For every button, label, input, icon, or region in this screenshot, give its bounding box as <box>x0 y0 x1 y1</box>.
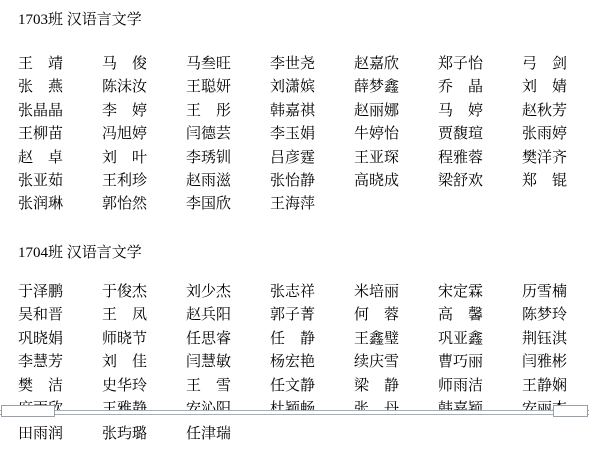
name-row: 张润琳郭怡然李国欣王海萍 <box>18 196 589 219</box>
student-name: 赵秋芳 <box>522 103 589 126</box>
student-name: 王海萍 <box>270 196 354 219</box>
student-name: 弓 剑 <box>522 56 589 79</box>
student-name: 郭怡然 <box>102 196 186 219</box>
student-name: 巩亚鑫 <box>438 331 522 354</box>
student-name: 李世尧 <box>270 56 354 79</box>
section-title-1703: 1703班 汉语言文学 <box>18 13 142 28</box>
name-row: 王 靖马 俊马叁旺李世尧赵嘉欣郑子怡弓 剑 <box>18 56 589 79</box>
student-name: 郭子菁 <box>270 307 354 330</box>
page-break-divider-line <box>0 410 589 415</box>
student-name: 闫德芸 <box>186 126 270 149</box>
student-name: 张雨婷 <box>522 126 589 149</box>
student-name: 荆钰淇 <box>522 331 589 354</box>
student-name: 李玉娟 <box>270 126 354 149</box>
student-name: 王亚琛 <box>354 150 438 173</box>
student-name: 赵 卓 <box>18 150 102 173</box>
student-name: 于俊杰 <box>102 284 186 307</box>
name-row: 赵 卓刘 叶李琇钏吕彦霆王亚琛程雅蓉樊洋齐 <box>18 150 589 173</box>
student-name: 高 馨 <box>438 307 522 330</box>
student-name: 赵嘉欣 <box>354 56 438 79</box>
name-row: 李慧芳刘 佳闫慧敏杨宏艳续庆雪曹巧丽闫雅彬 <box>18 354 589 377</box>
name-row: 张 燕陈沫汝王聪妍刘潇嫔薛梦鑫乔 晶刘 婧 <box>18 79 589 102</box>
student-name: 曹巧丽 <box>438 354 522 377</box>
student-name: 薛梦鑫 <box>354 79 438 102</box>
student-name: 宋定霖 <box>438 284 522 307</box>
name-row: 樊 洁史华玲王 雪任文静梁 静师雨洁王静娴 <box>18 378 589 401</box>
student-name: 马 婷 <box>438 103 522 126</box>
student-name: 李 婷 <box>102 103 186 126</box>
student-name: 张润琳 <box>18 196 102 219</box>
student-name: 刘少杰 <box>186 284 270 307</box>
student-name: 何 蓉 <box>354 307 438 330</box>
student-name: 程雅蓉 <box>438 150 522 173</box>
name-row: 巩晓娟师晓节任思睿任 静王鑫璧巩亚鑫荆钰淇 <box>18 331 589 354</box>
student-name: 贾馥瑄 <box>438 126 522 149</box>
student-name: 王聪妍 <box>186 79 270 102</box>
student-name: 李慧芳 <box>18 354 102 377</box>
student-name: 任 静 <box>270 331 354 354</box>
student-name: 张志祥 <box>270 284 354 307</box>
student-name: 张 燕 <box>18 79 102 102</box>
student-name: 任思睿 <box>186 331 270 354</box>
section-title-1704: 1704班 汉语言文学 <box>18 246 142 261</box>
student-name: 闫雅彬 <box>522 354 589 377</box>
student-name: 田雨润 <box>18 426 102 449</box>
student-name: 王静娴 <box>522 378 589 401</box>
student-name: 吴和晋 <box>18 307 102 330</box>
student-name: 历雪楠 <box>522 284 589 307</box>
student-name: 梁舒欢 <box>438 173 522 196</box>
student-name: 赵雨滋 <box>186 173 270 196</box>
student-name: 马 俊 <box>102 56 186 79</box>
name-row: 于泽鹏于俊杰刘少杰张志祥米培丽宋定霖历雪楠 <box>18 284 589 307</box>
student-name: 高晓成 <box>354 173 438 196</box>
student-name: 巩晓娟 <box>18 331 102 354</box>
student-name: 冯旭婷 <box>102 126 186 149</box>
student-name: 吕彦霆 <box>270 150 354 173</box>
student-name: 王 凤 <box>102 307 186 330</box>
student-name: 闫慧敏 <box>186 354 270 377</box>
student-name: 任文静 <box>270 378 354 401</box>
student-name: 乔 晶 <box>438 79 522 102</box>
student-name: 刘 婧 <box>522 79 589 102</box>
student-name: 王 彤 <box>186 103 270 126</box>
student-name: 米培丽 <box>354 284 438 307</box>
student-name: 师雨洁 <box>438 378 522 401</box>
page-break-left-handle[interactable] <box>1 405 55 417</box>
name-row: 田雨润张玙璐任津瑞 <box>18 426 270 449</box>
student-name: 王 雪 <box>186 378 270 401</box>
name-grid-1703: 王 靖马 俊马叁旺李世尧赵嘉欣郑子怡弓 剑张 燕陈沫汝王聪妍刘潇嫔薛梦鑫乔 晶刘… <box>18 56 589 220</box>
name-row: 张晶晶李 婷王 彤韩嘉祺赵丽娜马 婷赵秋芳 <box>18 103 589 126</box>
student-name: 续庆雪 <box>354 354 438 377</box>
student-name: 李琇钏 <box>186 150 270 173</box>
student-name: 任津瑞 <box>186 426 270 449</box>
name-row: 王柳苗冯旭婷闫德芸李玉娟牛婷怡贾馥瑄张雨婷 <box>18 126 589 149</box>
student-name: 梁 静 <box>354 378 438 401</box>
page-break-right-handle[interactable] <box>553 405 588 417</box>
student-name: 张玙璐 <box>102 426 186 449</box>
student-name: 韩嘉祺 <box>270 103 354 126</box>
student-name: 张亚茹 <box>18 173 102 196</box>
student-name: 陈梦玲 <box>522 307 589 330</box>
student-name: 王利珍 <box>102 173 186 196</box>
student-name: 于泽鹏 <box>18 284 102 307</box>
student-name: 张怡静 <box>270 173 354 196</box>
student-name: 马叁旺 <box>186 56 270 79</box>
student-name: 史华玲 <box>102 378 186 401</box>
student-name: 李国欣 <box>186 196 270 219</box>
student-name: 樊洋齐 <box>522 150 589 173</box>
student-name: 郑子怡 <box>438 56 522 79</box>
student-name: 王柳苗 <box>18 126 102 149</box>
student-name: 郑 锟 <box>522 173 589 196</box>
student-name: 陈沫汝 <box>102 79 186 102</box>
name-row: 张亚茹王利珍赵雨滋张怡静高晓成梁舒欢郑 锟 <box>18 173 589 196</box>
student-name: 刘潇嫔 <box>270 79 354 102</box>
student-name: 樊 洁 <box>18 378 102 401</box>
student-name: 赵丽娜 <box>354 103 438 126</box>
student-name: 赵兵阳 <box>186 307 270 330</box>
document-page: 1703班 汉语言文学 王 靖马 俊马叁旺李世尧赵嘉欣郑子怡弓 剑张 燕陈沫汝王… <box>0 0 589 461</box>
student-name: 牛婷怡 <box>354 126 438 149</box>
student-name: 刘 佳 <box>102 354 186 377</box>
student-name: 张晶晶 <box>18 103 102 126</box>
student-name: 王鑫璧 <box>354 331 438 354</box>
student-name: 师晓节 <box>102 331 186 354</box>
student-name: 杨宏艳 <box>270 354 354 377</box>
name-grid-1704-continued: 田雨润张玙璐任津瑞 <box>18 426 270 449</box>
student-name: 刘 叶 <box>102 150 186 173</box>
student-name: 王 靖 <box>18 56 102 79</box>
name-row: 吴和晋王 凤赵兵阳郭子菁何 蓉高 馨陈梦玲 <box>18 307 589 330</box>
name-grid-1704: 于泽鹏于俊杰刘少杰张志祥米培丽宋定霖历雪楠吴和晋王 凤赵兵阳郭子菁何 蓉高 馨陈… <box>18 284 589 424</box>
